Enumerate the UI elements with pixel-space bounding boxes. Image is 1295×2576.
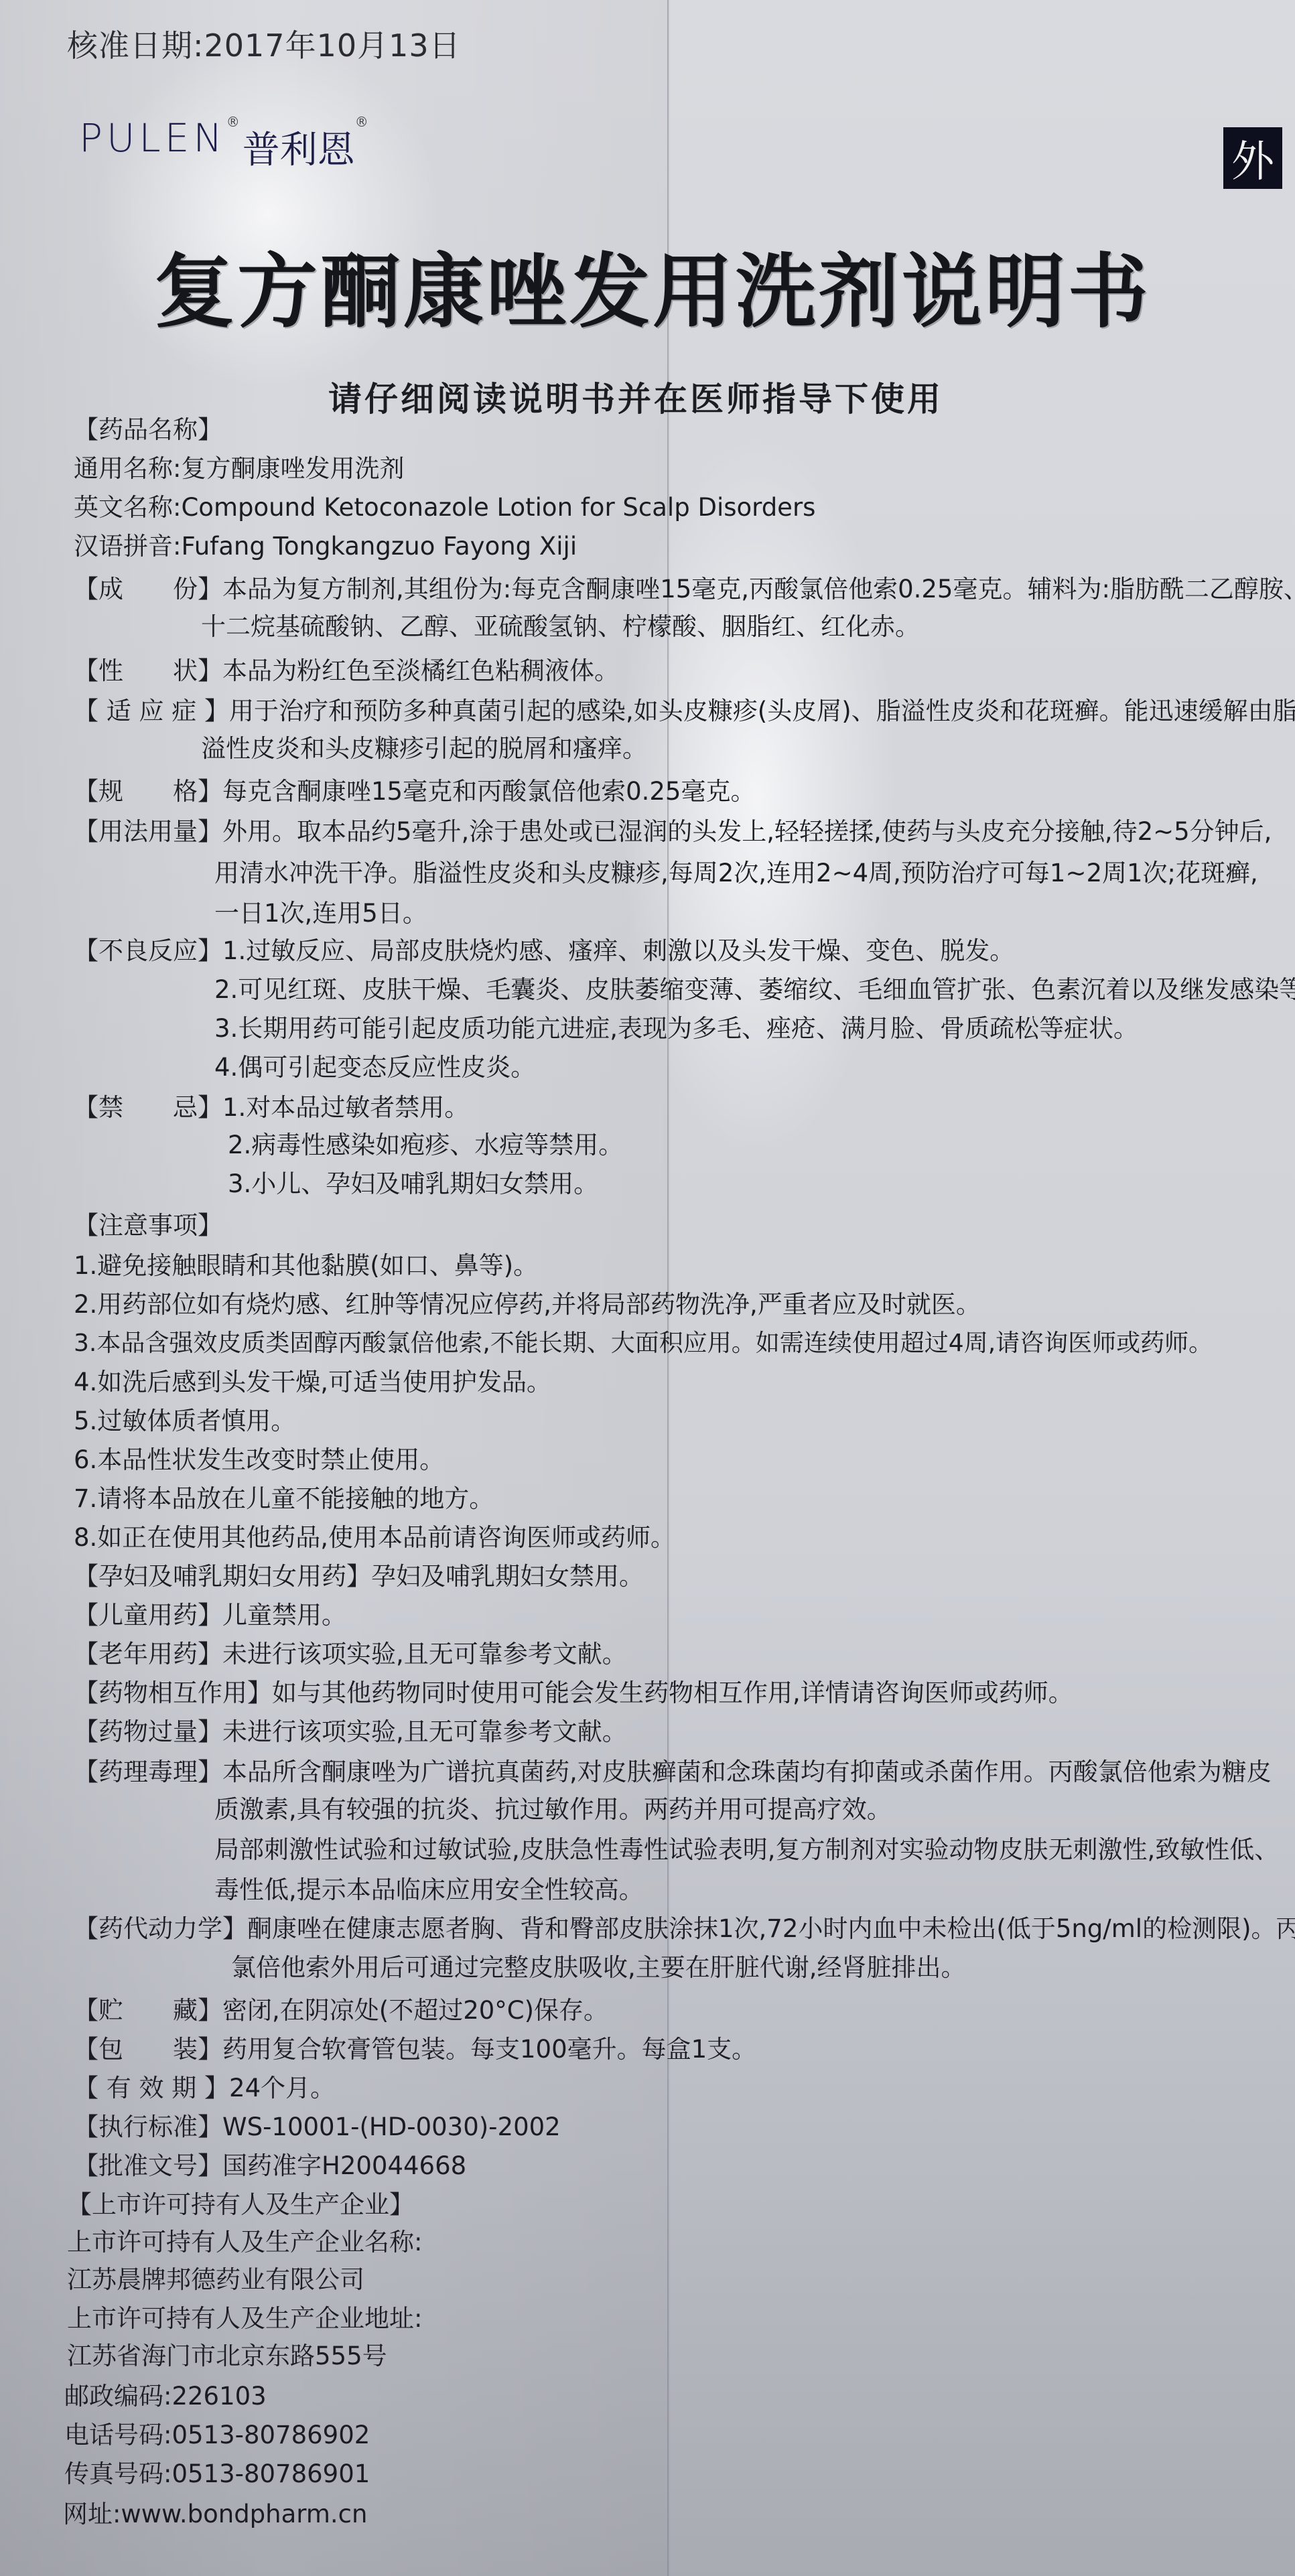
section-label: 【执行标准】: [74, 2113, 222, 2142]
section-standard: 【执行标准】WS-10001-(HD-0030)-2002: [74, 2113, 561, 2142]
pinyin-name: 汉语拼音:Fufang Tongkangzuo Fayong Xiji: [74, 532, 577, 561]
section-label: 【成 份】: [74, 575, 222, 604]
section-text: 每克含酮康唑15毫克和丙酸氯倍他索0.25毫克。: [222, 777, 755, 806]
section-pregnancy: 【孕妇及哺乳期妇女用药】孕妇及哺乳期妇女禁用。: [74, 1562, 644, 1591]
section-text: 24个月。: [229, 2074, 335, 2102]
manufacturer-address-label: 上市许可持有人及生产企业地址:: [67, 2304, 422, 2334]
list-item: 4.偶可引起变态反应性皮炎。: [214, 1053, 535, 1082]
section-text: 用于治疗和预防多种真菌引起的感染,如头皮糠疹(头皮屑)、脂溢性皮炎和花斑癣。能迅…: [229, 697, 1295, 725]
section-indications: 【 适 应 症 】用于治疗和预防多种真菌引起的感染,如头皮糠疹(头皮屑)、脂溢性…: [74, 697, 1295, 726]
manufacturer-name-label: 上市许可持有人及生产企业名称:: [67, 2228, 422, 2257]
section-text: 局部刺激性试验和过敏试验,皮肤急性毒性试验表明,复方制剂对实验动物皮肤无刺激性,…: [214, 1835, 1279, 1865]
section-text: 孕妇及哺乳期妇女禁用。: [371, 1562, 644, 1591]
section-label-precautions: 【注意事项】: [74, 1211, 222, 1240]
section-text: 一日1次,连用5日。: [214, 899, 427, 928]
section-label: 【贮 藏】: [74, 1996, 222, 2025]
section-label: 【规 格】: [74, 777, 222, 806]
list-item: 1.过敏反应、局部皮肤烧灼感、瘙痒、刺激以及头发干燥、变色、脱发。: [222, 936, 1014, 965]
section-text: WS-10001-(HD-0030)-2002: [222, 2113, 561, 2141]
section-text: 药用复合软膏管包装。每支100毫升。每盒1支。: [222, 2035, 756, 2064]
section-text: 本品所含酮康唑为广谱抗真菌药,对皮肤癣菌和念珠菌均有抑菌或杀菌作用。丙酸氯倍他索…: [222, 1758, 1272, 1786]
document-subtitle: 请仔细阅读说明书并在医师指导下使用: [328, 372, 943, 421]
section-label-drug-name: 【药品名称】: [74, 415, 222, 445]
list-item: 3.长期用药可能引起皮质功能亢进症,表现为多毛、痤疮、满月脸、骨质疏松等症状。: [214, 1014, 1138, 1044]
manufacturer-website: 网址:www.bondpharm.cn: [63, 2500, 367, 2529]
manufacturer-fax: 传真号码:0513-80786901: [64, 2459, 370, 2489]
list-item: 2.用药部位如有烧灼感、红肿等情况应停药,并将局部药物洗净,严重者应及时就医。: [74, 1290, 981, 1319]
section-text: 溢性皮炎和头皮糠疹引起的脱屑和瘙痒。: [201, 734, 647, 764]
section-pediatric: 【儿童用药】儿童禁用。: [74, 1601, 346, 1630]
section-label: 【药代动力学】: [74, 1914, 247, 1944]
section-text: 氯倍他索外用后可通过完整皮肤吸收,主要在肝脏代谢,经肾脏排出。: [231, 1953, 966, 1983]
external-use-badge: 外: [1223, 127, 1282, 189]
list-item: 3.本品含强效皮质类固醇丙酸氯倍他索,不能长期、大面积应用。如需连续使用超过4周…: [74, 1329, 1213, 1358]
manufacturer-postcode: 邮政编码:226103: [64, 2382, 267, 2411]
section-pharmacokinetics: 【药代动力学】酮康唑在健康志愿者胸、背和臀部皮肤涂抹1次,72小时内血中未检出(…: [74, 1914, 1295, 1944]
section-dosage: 【用法用量】外用。取本品约5毫升,涂于患处或已湿润的头发上,轻轻搓揉,使药与头皮…: [74, 817, 1272, 847]
section-label: 【药物相互作用】: [74, 1678, 272, 1708]
section-label: 【批准文号】: [74, 2151, 222, 2181]
manufacturer-phone: 电话号码:0513-80786902: [64, 2421, 370, 2450]
generic-name: 通用名称:复方酮康唑发用洗剂: [74, 454, 404, 484]
section-shelf-life: 【 有 效 期 】24个月。: [74, 2074, 335, 2103]
section-specification: 【规 格】每克含酮康唑15毫克和丙酸氯倍他索0.25毫克。: [74, 777, 755, 806]
manufacturer-address: 江苏省海门市北京东路555号: [67, 2342, 387, 2371]
section-overdose: 【药物过量】未进行该项实验,且无可靠参考文献。: [74, 1717, 627, 1747]
section-text: 质激素,具有较强的抗炎、抗过敏作用。两药并用可提高疗效。: [214, 1795, 892, 1824]
section-text: 用清水冲洗干净。脂溢性皮炎和头皮糠疹,每周2次,连用2~4周,预防治疗可每1~2…: [214, 859, 1258, 888]
section-label: 【 适 应 症 】: [74, 697, 229, 726]
section-text: 本品为复方制剂,其组份为:每克含酮康唑15毫克,丙酸氯倍他索0.25毫克。辅料为…: [222, 575, 1295, 603]
section-interactions: 【药物相互作用】如与其他药物同时使用可能会发生药物相互作用,详情请咨询医师或药师…: [74, 1678, 1073, 1708]
section-label: 【儿童用药】: [74, 1601, 222, 1630]
section-label: 【孕妇及哺乳期妇女用药】: [74, 1562, 371, 1591]
section-appearance: 【性 状】本品为粉红色至淡橘红色粘稠液体。: [74, 656, 619, 686]
logo-english: PULEN: [79, 115, 226, 161]
registered-mark-icon: ®: [355, 114, 368, 130]
list-item: 1.对本品过敏者禁用。: [222, 1093, 469, 1122]
list-item: 2.病毒性感染如疱疹、水痘等禁用。: [228, 1131, 623, 1160]
section-text: 儿童禁用。: [222, 1601, 346, 1630]
section-text: 酮康唑在健康志愿者胸、背和臀部皮肤涂抹1次,72小时内血中未检出(低于5ng/m…: [247, 1914, 1295, 1943]
section-approval-number: 【批准文号】国药准字H20044668: [74, 2151, 466, 2181]
registered-mark-icon: ®: [226, 114, 240, 130]
english-name: 英文名称:Compound Ketoconazole Lotion for Sc…: [74, 493, 815, 522]
section-text: 本品为粉红色至淡橘红色粘稠液体。: [222, 656, 619, 685]
section-pharmacology: 【药理毒理】本品所含酮康唑为广谱抗真菌药,对皮肤癣菌和念珠菌均有抑菌或杀菌作用。…: [74, 1758, 1272, 1787]
section-text: 未进行该项实验,且无可靠参考文献。: [222, 1640, 627, 1668]
section-label: 【 有 效 期 】: [74, 2074, 229, 2103]
section-text: 如与其他药物同时使用可能会发生药物相互作用,详情请咨询医师或药师。: [272, 1678, 1073, 1707]
section-contraindications: 【禁 忌】1.对本品过敏者禁用。: [74, 1093, 469, 1123]
section-label: 【包 装】: [74, 2035, 222, 2064]
section-text: 十二烷基硫酸钠、乙醇、亚硫酸氢钠、柠檬酸、胭脂红、红化赤。: [201, 612, 920, 642]
section-packaging: 【包 装】药用复合软膏管包装。每支100毫升。每盒1支。: [74, 2035, 756, 2064]
brand-logo: PULEN ® 普利恩 ®: [79, 115, 368, 174]
list-item: 3.小儿、孕妇及哺乳期妇女禁用。: [228, 1169, 598, 1199]
section-label: 【药物过量】: [74, 1717, 222, 1747]
section-label: 【不良反应】: [74, 936, 222, 966]
section-storage: 【贮 藏】密闭,在阴凉处(不超过20°C)保存。: [74, 1996, 608, 2025]
section-label: 【禁 忌】: [74, 1093, 222, 1123]
list-item: 2.可见红斑、皮肤干燥、毛囊炎、皮肤萎缩变薄、萎缩纹、毛细血管扩张、色素沉着以及…: [214, 975, 1295, 1005]
list-item: 6.本品性状发生改变时禁止使用。: [74, 1445, 444, 1475]
section-text: 毒性低,提示本品临床应用安全性较高。: [214, 1875, 644, 1905]
section-text: 国药准字H20044668: [222, 2151, 466, 2180]
list-item: 4.如洗后感到头发干燥,可适当使用护发品。: [74, 1368, 551, 1397]
list-item: 7.请将本品放在儿童不能接触的地方。: [74, 1484, 494, 1514]
section-label: 【性 状】: [74, 656, 222, 686]
list-item: 8.如正在使用其他药品,使用本品前请咨询医师或药师。: [74, 1523, 675, 1553]
section-adverse-reactions: 【不良反应】1.过敏反应、局部皮肤烧灼感、瘙痒、刺激以及头发干燥、变色、脱发。: [74, 936, 1014, 966]
section-ingredients: 【成 份】本品为复方制剂,其组份为:每克含酮康唑15毫克,丙酸氯倍他索0.25毫…: [74, 575, 1295, 604]
list-item: 1.避免接触眼睛和其他黏膜(如口、鼻等)。: [74, 1251, 538, 1281]
section-label: 【药理毒理】: [74, 1758, 222, 1787]
section-geriatric: 【老年用药】未进行该项实验,且无可靠参考文献。: [74, 1640, 627, 1669]
document-title: 复方酮康唑发用洗剂说明书: [154, 228, 1151, 343]
approval-date: 核准日期:2017年10月13日: [67, 21, 461, 66]
section-text: 外用。取本品约5毫升,涂于患处或已湿润的头发上,轻轻搓揉,使药与头皮充分接触,待…: [222, 817, 1272, 846]
logo-chinese: 普利恩: [243, 121, 355, 174]
manufacturer-name: 江苏晨牌邦德药业有限公司: [67, 2265, 364, 2295]
section-label-manufacturer: 【上市许可持有人及生产企业】: [67, 2190, 414, 2220]
section-text: 未进行该项实验,且无可靠参考文献。: [222, 1717, 627, 1746]
section-label: 【老年用药】: [74, 1640, 222, 1669]
section-label: 【用法用量】: [74, 817, 222, 847]
section-text: 密闭,在阴凉处(不超过20°C)保存。: [222, 1996, 608, 2025]
list-item: 5.过敏体质者慎用。: [74, 1407, 295, 1436]
